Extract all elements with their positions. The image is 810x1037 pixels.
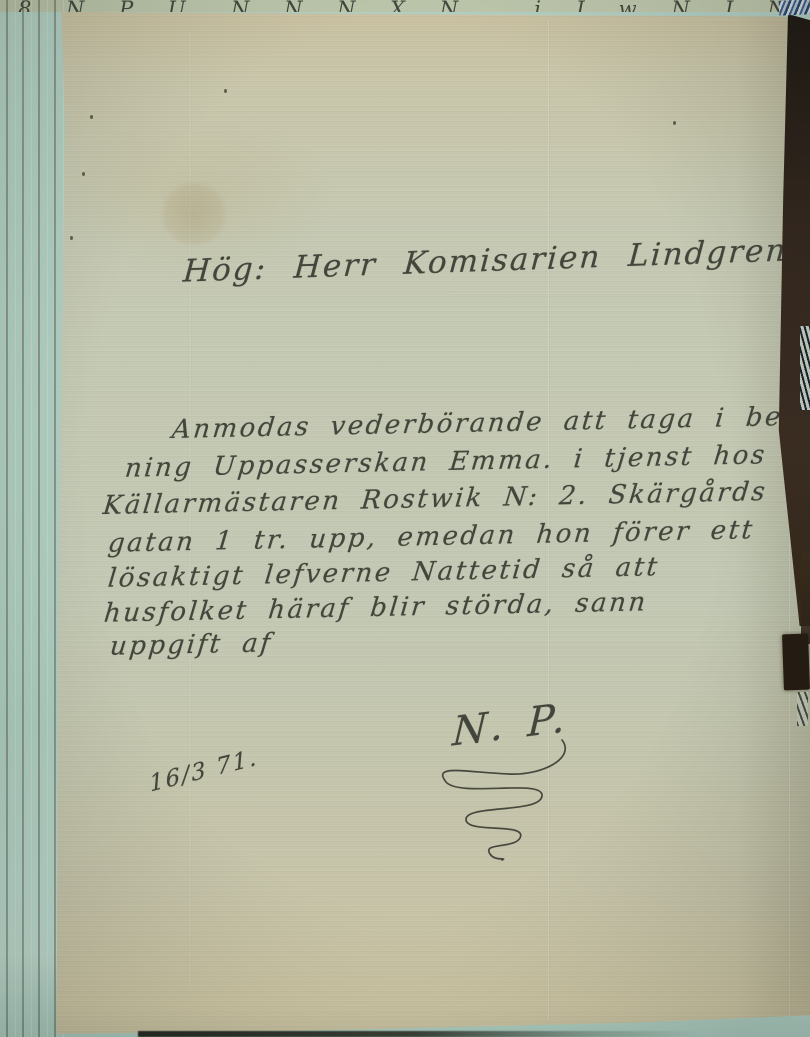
blue-striped-ribbon [779, 0, 810, 16]
letter-line: Källarmästaren Rostwik N: 2. Skärgårds [102, 477, 769, 521]
speck [224, 89, 227, 93]
dark-gap-joint [801, 552, 810, 644]
photo-of-letter: 8 N P U. N N N X N . i J w N J N . Y J H… [0, 0, 810, 1037]
letter-line: ning Uppasserskan Emma. i tjenst hos [124, 440, 769, 484]
pinhole [82, 172, 85, 176]
speck [90, 115, 93, 119]
speck [673, 121, 676, 125]
page-bottom-shadow [138, 1031, 698, 1037]
stitched-edge-fragment [797, 692, 808, 726]
letter-line: Anmodas vederbörande att taga i besitt [171, 401, 810, 445]
signature-flourish [424, 736, 574, 861]
dark-clip-fragment [782, 634, 810, 691]
paper-sheet: Hög: Herr Komisarien Lindgren Anmodas ve… [0, 0, 810, 1037]
letter-line: uppgift af [108, 628, 273, 661]
round-stain [160, 182, 228, 246]
previous-page-glyphs: 8 N P U. N N N X N . i J w N J N . Y J [18, 0, 808, 12]
letter-date: 16/3 71. [148, 744, 259, 797]
letter-heading: Hög: Herr Komisarien Lindgren [182, 232, 789, 289]
previous-page-top-strip: 8 N P U. N N N X N . i J w N J N . Y J [0, 0, 810, 12]
stitched-edge-fragment [800, 326, 810, 410]
letter-line: husfolket häraf blir störda, sann [103, 587, 650, 628]
horizontal-crease [450, 293, 790, 295]
pinhole [70, 236, 73, 240]
